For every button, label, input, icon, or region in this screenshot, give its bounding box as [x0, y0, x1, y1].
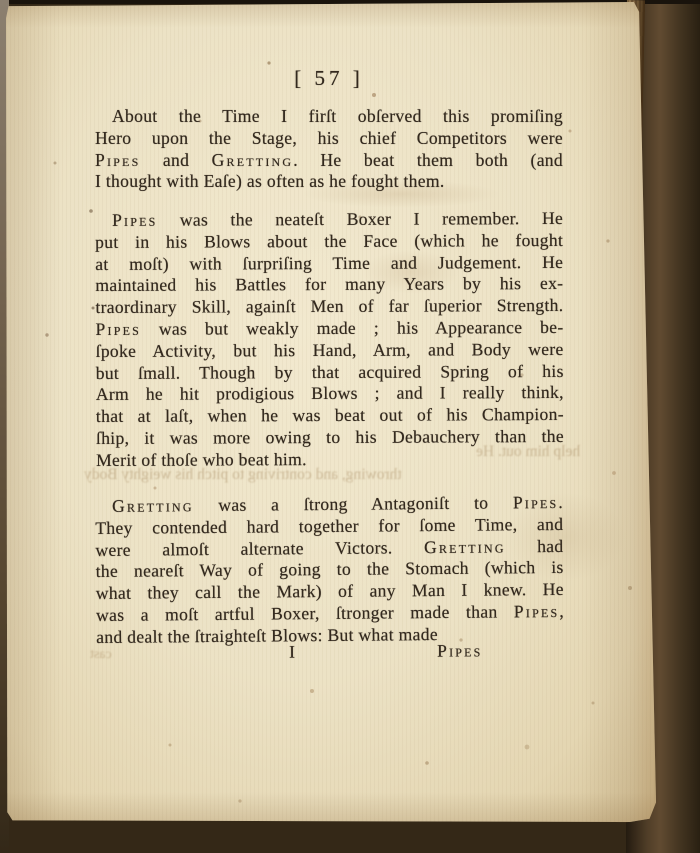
page-number: [ 57 ]	[95, 66, 563, 91]
text-segment: . He beat them both (and	[293, 150, 563, 170]
text-line: maintained his Battles for many Years by…	[95, 274, 563, 298]
text-segment: They contended hard together for ſome Ti…	[95, 513, 563, 537]
text-segment: Hero upon the Stage, his chief Competito…	[95, 128, 563, 148]
catchword: Pipes	[437, 640, 483, 661]
text-segment: what they call the Mark) of any Man I kn…	[96, 579, 564, 603]
small-caps-name: Gretting	[112, 495, 194, 516]
text-line: traordinary Skill, againſt Men of far ſu…	[95, 295, 563, 319]
book-scan-photo: help him out. He throwing, and contrivin…	[0, 0, 700, 853]
text-segment: at moſt) with ſurpriſing Time and Judgem…	[95, 252, 563, 274]
text-segment: was but weakly made ; his Appearance be-	[141, 317, 564, 339]
text-line: put in his Blows about the Face (which h…	[95, 230, 563, 254]
paragraph: Gretting was a ſtrong Antagoniſt to Pipe…	[95, 492, 564, 649]
text-line: Arm he hit prodigious Blows ; and I real…	[96, 383, 564, 407]
text-segment: but ſmall. Though by that acquired Sprin…	[96, 361, 564, 383]
small-caps-name: Pipes	[95, 319, 141, 339]
text-line: but ſmall. Though by that acquired Sprin…	[96, 361, 564, 385]
text-segment: was a moſt artful Boxer, ſtronger made t…	[96, 601, 514, 625]
small-caps-name: Pipes	[112, 210, 158, 230]
small-caps-name: Gretting	[212, 150, 294, 170]
paragraph: About the Time I firſt obſerved this pro…	[95, 106, 563, 193]
text-line: Pipes was the neateſt Boxer I remember. …	[95, 208, 563, 232]
paragraph: Pipes was the neateſt Boxer I remember. …	[95, 208, 564, 472]
text-line: I thought with Eaſe) as often as he foug…	[95, 171, 563, 193]
footer-line: I Pipes	[95, 640, 563, 667]
text-segment: maintained his Battles for many Years by…	[95, 274, 563, 296]
text-segment: the neareſt Way of going to the Stomach …	[96, 557, 564, 581]
text-segment: was the neateſt Boxer I remember. He	[157, 208, 563, 230]
text-segment: ,	[559, 601, 564, 621]
text-line: was a moſt artful Boxer, ſtronger made t…	[96, 601, 564, 627]
text-segment: Arm he hit prodigious Blows ; and I real…	[96, 383, 564, 405]
book-page: help him out. He throwing, and contrivin…	[6, 2, 656, 822]
text-segment: had	[506, 535, 564, 556]
text-line: About the Time I firſt obſerved this pro…	[95, 106, 563, 128]
text-segment: that at laſt, when he was beat out of hi…	[96, 404, 564, 426]
small-caps-name: Pipes	[514, 601, 560, 621]
text-block: About the Time I firſt obſerved this pro…	[95, 106, 563, 648]
text-line: ſpoke Activity, but his Hand, Arm, and B…	[96, 339, 564, 363]
text-segment: traordinary Skill, againſt Men of far ſu…	[95, 295, 563, 317]
text-segment: .	[558, 492, 563, 512]
text-line: that at laſt, when he was beat out of hi…	[96, 404, 564, 428]
text-segment: ſhip, it was more owing to his Debaucher…	[96, 426, 564, 448]
text-segment: ſpoke Activity, but his Hand, Arm, and B…	[96, 339, 564, 361]
text-line: at moſt) with ſurpriſing Time and Judgem…	[95, 252, 563, 276]
text-segment: About the Time I firſt obſerved this pro…	[112, 106, 563, 126]
text-line: ſhip, it was more owing to his Debaucher…	[96, 426, 564, 450]
signature-mark: I	[289, 642, 295, 663]
text-segment: Merit of thoſe who beat him.	[96, 449, 307, 470]
small-caps-name: Pipes	[513, 492, 559, 512]
text-line: Pipes was but weakly made ; his Appearan…	[95, 317, 563, 341]
text-line: Merit of thoſe who beat him.	[96, 448, 564, 472]
text-line: Hero upon the Stage, his chief Competito…	[95, 128, 563, 150]
text-segment: was a ſtrong Antagoniſt to	[194, 492, 513, 515]
small-caps-name: Pipes	[95, 150, 140, 170]
small-caps-name: Gretting	[424, 536, 506, 557]
text-line: Pipes and Gretting. He beat them both (a…	[95, 150, 563, 172]
text-segment: and	[140, 150, 211, 170]
text-segment: I thought with Eaſe) as often as he foug…	[95, 171, 445, 191]
text-segment: were almoſt alternate Victors.	[95, 536, 424, 559]
text-segment: put in his Blows about the Face (which h…	[95, 230, 563, 252]
